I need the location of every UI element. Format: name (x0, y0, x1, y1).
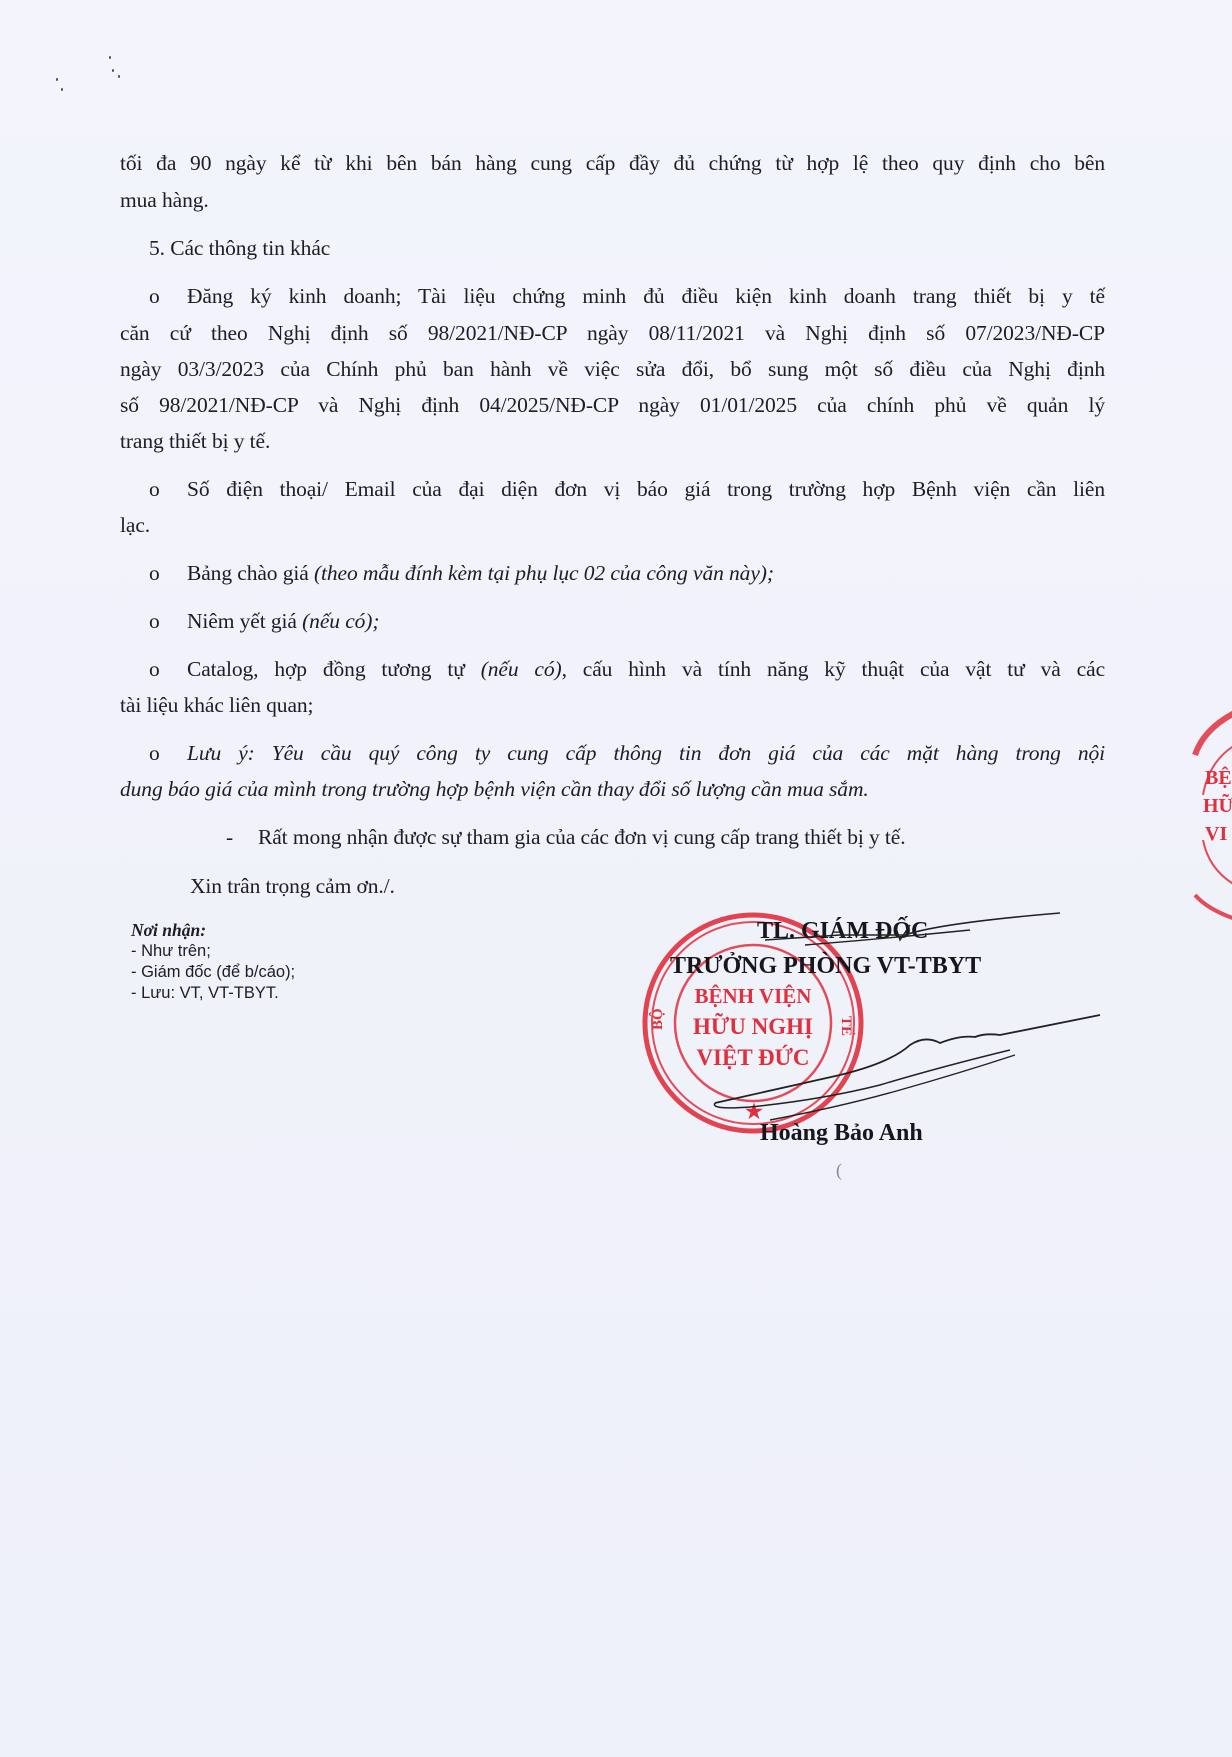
bullet-icon: o (149, 741, 187, 766)
bullet-icon: o (149, 284, 187, 309)
bullet-icon: o (149, 609, 187, 634)
continuation-line-1: tối đa 90 ngày kể từ khi bên bán hàng cu… (120, 151, 1105, 176)
item-note: oLưu ý: Yêu cầu quý công ty cung cấp thô… (149, 741, 1105, 766)
handwritten-signature (640, 895, 1110, 1155)
dash-icon: - (226, 825, 258, 850)
item-business-registration: oĐăng ký kinh doanh; Tài liệu chứng minh… (149, 284, 1105, 309)
recipient-item: - Lưu: VT, VT-TBYT. (131, 983, 295, 1004)
bullet-icon: o (149, 561, 187, 586)
item-business-registration-line: số 98/2021/NĐ-CP và Nghị định 04/2025/NĐ… (120, 393, 1105, 418)
edge-stamp-fragment: BỆ (1205, 766, 1232, 789)
item-business-registration-line: căn cứ theo Nghị định số 98/2021/NĐ-CP n… (120, 321, 1105, 346)
recipient-item: - Giám đốc (để b/cáo); (131, 962, 295, 983)
scan-speck (61, 88, 63, 91)
item-note-line: dung báo giá của mình trong trường hợp b… (120, 777, 869, 802)
continuation-line-2: mua hàng. (120, 188, 209, 213)
closing-line: -Rất mong nhận được sự tham gia của các … (226, 825, 906, 850)
thanks-line: Xin trân trọng cảm ơn./. (190, 874, 395, 899)
scanned-page: tối đa 90 ngày kể từ khi bên bán hàng cu… (0, 0, 1232, 1757)
bullet-icon: o (149, 477, 187, 502)
scan-mark: ( (836, 1160, 842, 1181)
item-catalog: oCatalog, hợp đồng tương tự (nếu có), cấ… (149, 657, 1105, 682)
item-business-registration-line: trang thiết bị y tế. (120, 429, 270, 454)
signer-name: Hoàng Bảo Anh (760, 1120, 923, 1147)
recipients-block: Nơi nhận: - Như trên; - Giám đốc (để b/c… (131, 920, 295, 1004)
recipients-heading: Nơi nhận: (131, 920, 295, 941)
edge-seal-stamp: BỆ HỮ VI (1185, 700, 1232, 930)
item-quotation-table: oBảng chào giá (theo mẫu đính kèm tại ph… (149, 561, 774, 586)
item-catalog-line: tài liệu khác liên quan; (120, 693, 313, 718)
recipient-item: - Như trên; (131, 941, 295, 962)
item-contact-info: oSố điện thoại/ Email của đại diện đơn v… (149, 477, 1105, 502)
edge-stamp-fragment: HỮ (1203, 793, 1232, 817)
scan-speck (112, 69, 114, 72)
section-heading: 5. Các thông tin khác (149, 236, 330, 261)
scan-speck (118, 75, 120, 78)
item-contact-info-line: lạc. (120, 513, 150, 538)
edge-stamp-fragment: VI (1205, 823, 1227, 845)
item-listed-price: oNiêm yết giá (nếu có); (149, 609, 379, 634)
scan-speck (109, 56, 111, 59)
bullet-icon: o (149, 657, 187, 682)
item-business-registration-line: ngày 03/3/2023 của Chính phủ ban hành về… (120, 357, 1105, 382)
scan-speck (56, 78, 58, 81)
